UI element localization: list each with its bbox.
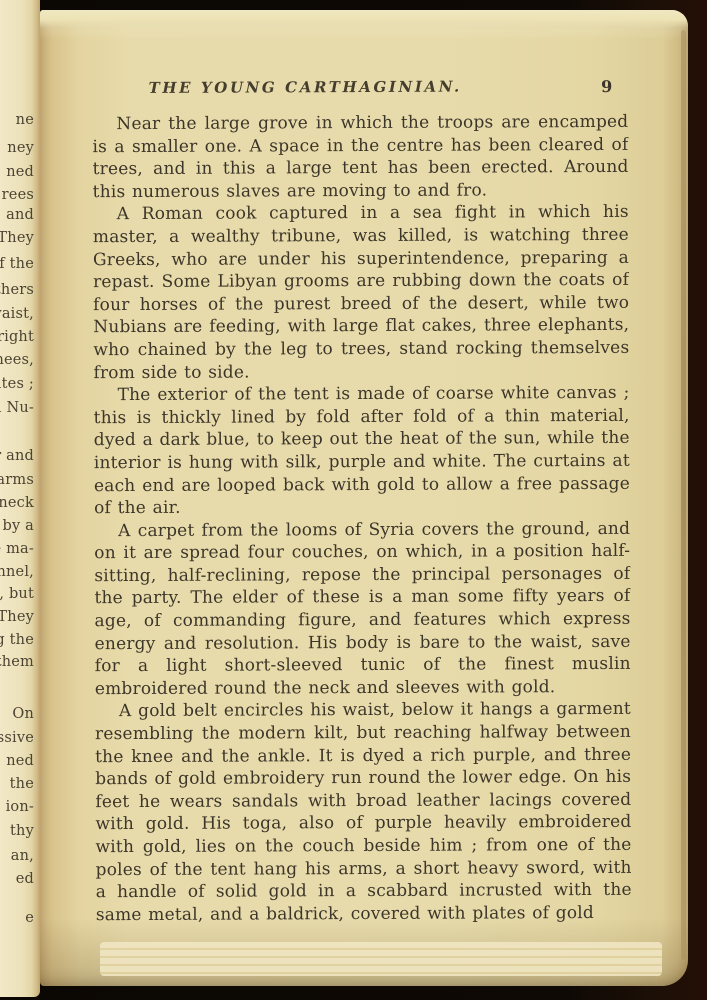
facing-page-text-fragment: ned [6, 164, 34, 180]
paragraph: The exterior of the tent is made of coar… [94, 382, 631, 520]
facing-page-text-fragment: neck [0, 495, 34, 511]
facing-page-text-fragment: right [0, 329, 34, 345]
paragraph: A Roman cook captured in a sea fight in … [93, 201, 630, 384]
facing-page-text-fragment: ion- [6, 799, 34, 815]
facing-page-text-fragment: ney [7, 140, 34, 156]
facing-page-text-fragment: l Nu- [0, 400, 34, 416]
facing-page-text-fragment: g the [0, 632, 34, 648]
facing-page-text-fragment: rees [2, 187, 34, 203]
facing-page-text-fragment: f the [0, 256, 34, 272]
page-content: THE YOUNG CARTHAGINIAN. 9 Near the large… [38, 9, 690, 988]
facing-page-text-fragment: , but [0, 586, 34, 602]
page-number: 9 [601, 77, 612, 96]
facing-page-text-fragment: They [0, 230, 34, 246]
book-scan: neneynedreesandTheyf thethersvaist,right… [0, 0, 707, 1000]
facing-page-text-fragment: They [0, 609, 34, 625]
facing-page-text-fragment: nees, [0, 352, 34, 368]
facing-page-text-fragment: ne [16, 112, 34, 128]
facing-page-text-fragment: the [10, 776, 34, 792]
facing-page-text-fragment: r and [0, 448, 34, 464]
body-text: Near the large grove in which the troops… [92, 111, 632, 941]
facing-page-text-fragment: by a [2, 518, 34, 534]
facing-page-text-fragment: nnel, [0, 564, 34, 580]
facing-page-text-fragment: and [6, 207, 34, 223]
running-header: THE YOUNG CARTHAGINIAN. 9 [92, 77, 628, 101]
facing-page-text-fragment: ned [6, 753, 34, 769]
paragraph: A carpet from the looms of Syria covers … [94, 518, 631, 701]
facing-page-text-fragment: ssive [0, 730, 34, 746]
facing-page-text-fragment: an, [11, 848, 34, 864]
book-page: THE YOUNG CARTHAGINIAN. 9 Near the large… [40, 10, 688, 986]
facing-page-text-fragment: e [25, 910, 34, 926]
facing-page-text-fragment: thers [0, 282, 34, 298]
paragraph: Near the large grove in which the troops… [92, 111, 628, 204]
facing-page-edge: neneynedreesandTheyf thethersvaist,right… [0, 0, 40, 997]
facing-page-text-fragment: e ma- [0, 541, 34, 557]
running-header-title: THE YOUNG CARTHAGINIAN. [92, 77, 628, 97]
paragraph: A gold belt encircles his waist, below i… [95, 698, 632, 926]
facing-page-text-fragment: ed [16, 871, 34, 887]
facing-page-text-fragment: On [12, 706, 34, 722]
facing-page-text-fragment: them [0, 654, 34, 670]
facing-page-text-fragment: thy [10, 823, 34, 839]
facing-page-text-fragment: ates ; [0, 376, 34, 392]
facing-page-text-fragment: vaist, [0, 306, 34, 322]
facing-page-text-fragment: arms [0, 472, 34, 488]
